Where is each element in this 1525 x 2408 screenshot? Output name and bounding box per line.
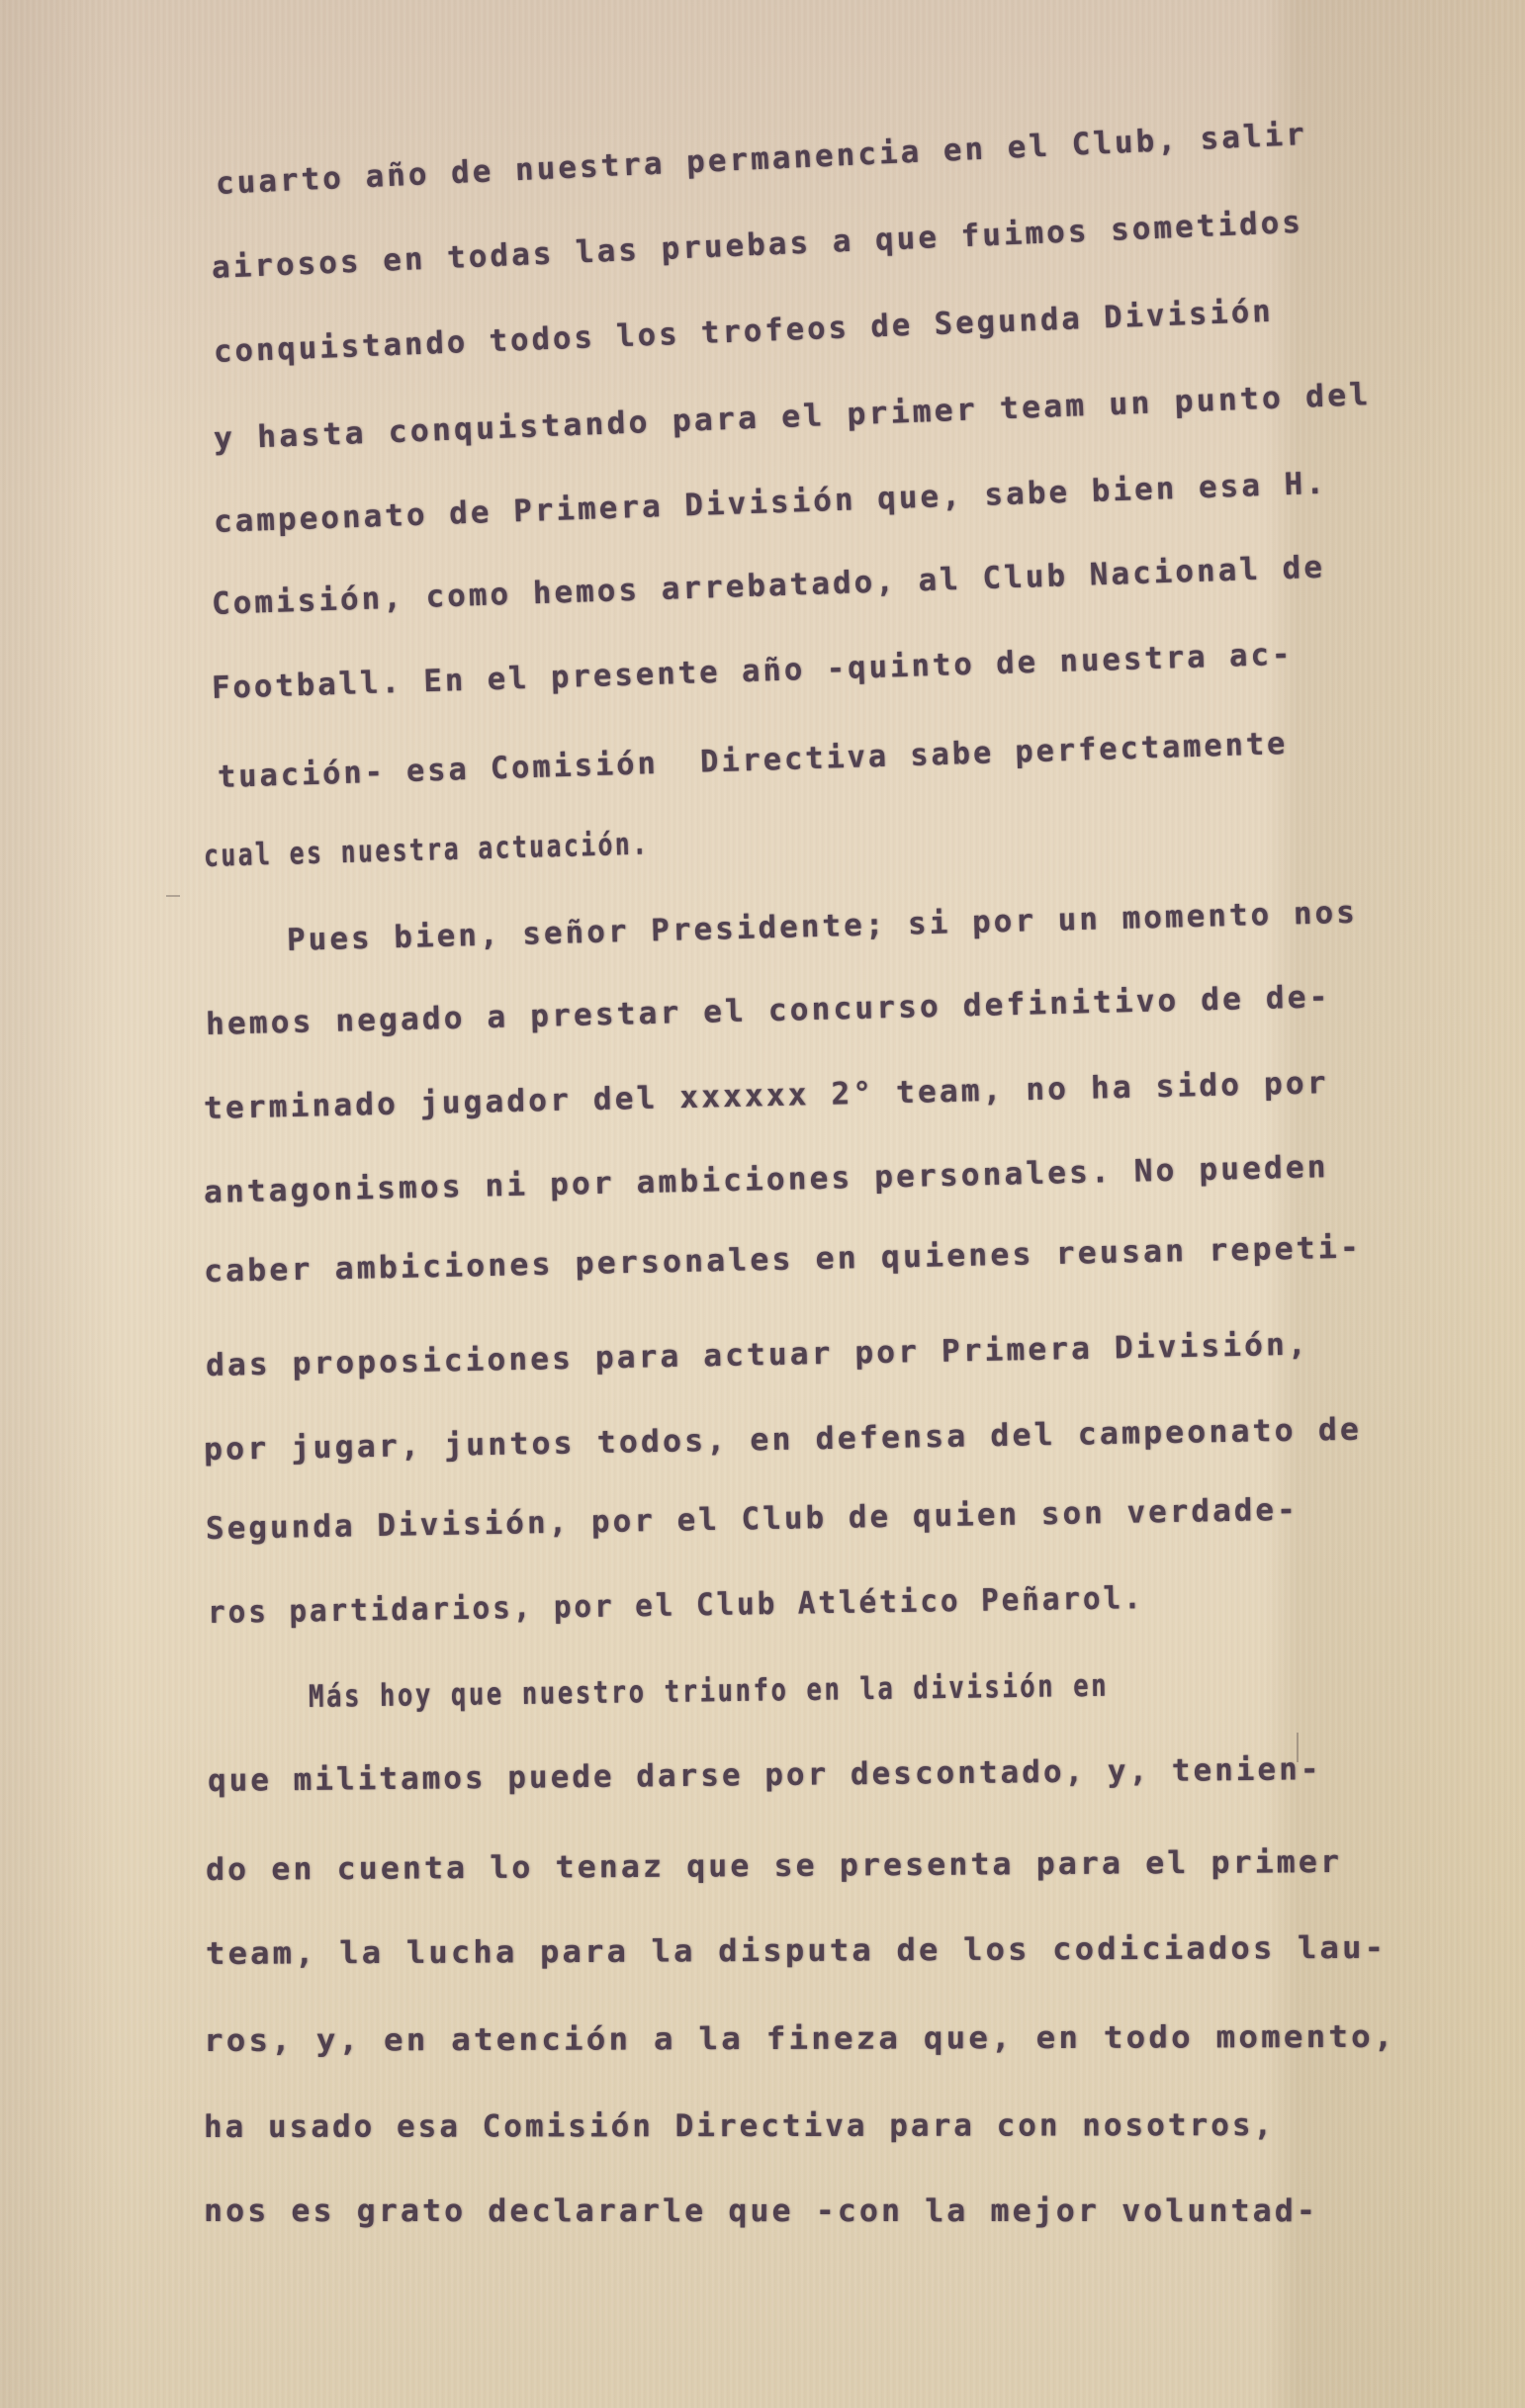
text-line: nos es grato declararle que -con la mejo… (204, 2193, 1318, 2229)
text-line: team, la lucha para la disputa de los co… (206, 1930, 1387, 1972)
text-line: ha usado esa Comisión Directiva para con… (204, 2107, 1275, 2145)
text-line: tuación- esa Comisión Directiva sabe per… (217, 726, 1288, 795)
margin-mark (166, 895, 180, 897)
text-line: terminado jugador del xxxxxx 2° team, no… (204, 1065, 1329, 1126)
text-line: por jugar, juntos todos, en defensa del … (204, 1412, 1363, 1468)
text-line: Comisión, como hemos arrebatado, al Club… (211, 550, 1325, 622)
text-line: que militamos puede darse por descontado… (208, 1751, 1322, 1799)
typewritten-page: cuarto año de nuestra permanencia en el … (0, 0, 1525, 2408)
text-line: conquistando todos los trofeos de Segund… (213, 294, 1274, 370)
text-line: Segunda División, por el Club de quien s… (206, 1492, 1299, 1547)
text-line: campeonato de Primera División que, sabe… (213, 466, 1327, 540)
text-line: Más hoy que nuestro triunfo en la divisi… (309, 1668, 1110, 1715)
text-line: do en cuenta lo tenaz que se presenta pa… (206, 1844, 1342, 1888)
text-line: ros partidarios, por el Club Atlético Pe… (208, 1580, 1144, 1631)
text-line: hemos negado a prestar el concurso defin… (206, 979, 1331, 1042)
text-line: antagonismos ni por ambiciones personale… (204, 1149, 1329, 1210)
text-line: Pues bien, señor Presidente; si por un m… (287, 895, 1359, 958)
text-line: das proposiciones para actuar por Primer… (206, 1327, 1309, 1383)
text-line: cuarto año de nuestra permanencia en el … (215, 117, 1307, 202)
text-line: cual es nuestra actuación. (203, 826, 649, 874)
text-line: Football. En el presente año -quinto de … (211, 637, 1293, 706)
text-line: ros, y, en atención a la fineza que, en … (204, 2019, 1396, 2059)
text-line: y hasta conquistando para el primer team… (213, 377, 1372, 457)
text-line: caber ambiciones personales en quienes r… (204, 1229, 1363, 1290)
text-line: airosos en todas las pruebas a que fuimo… (211, 205, 1303, 286)
margin-mark (1297, 1733, 1299, 1762)
